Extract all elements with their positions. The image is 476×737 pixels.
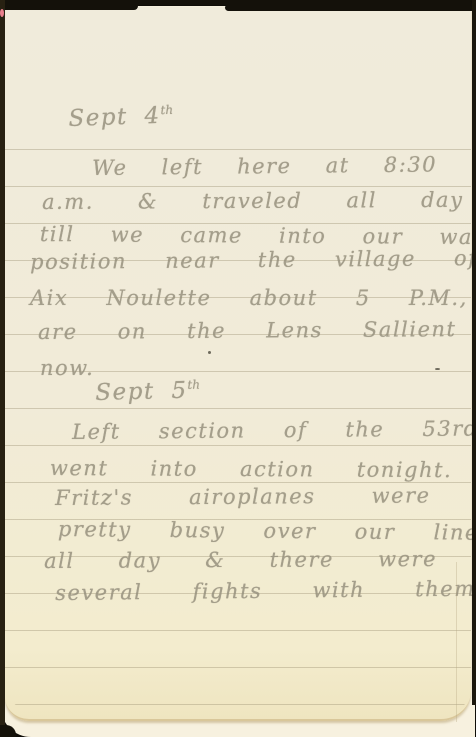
book-left-edge (0, 0, 5, 726)
entry-date-text: Sept 5 (95, 378, 188, 406)
book-top-edge (225, 5, 476, 11)
paper-crease (456, 562, 457, 722)
diary-line-8: Left section of the 53rd. (72, 416, 476, 444)
ordinal-suffix: th (187, 378, 200, 392)
diary-line-13: several fights with them (55, 577, 476, 605)
diary-line-10: Fritz's airoplanes were (55, 483, 431, 510)
book-right-edge (472, 0, 476, 705)
diary-line-6: are on the Lens Sallient (38, 317, 457, 344)
diary-line-2: a.m. & traveled all day (42, 188, 463, 214)
book-top-edge (0, 5, 138, 10)
entry-date-sept-4: Sept 4th (68, 102, 174, 132)
entry-date-text: Sept 4 (68, 103, 161, 132)
pink-mark (0, 9, 4, 17)
diary-line-12: all day & there were (44, 547, 437, 573)
diary-line-5: Aix Noulette about 5 P.M., we (30, 286, 476, 310)
diary-line-7: now. (40, 356, 94, 380)
diary-line-1: We left here at 8:30 (92, 152, 437, 180)
diary-line-4: position near the village of (30, 246, 476, 274)
entry-date-sept-5: Sept 5th (95, 377, 200, 406)
diary-page-scan: { "diary": { "entries": [ { "heading": {… (0, 0, 476, 737)
diary-line-3: till we came into our wagon (40, 222, 476, 249)
pencil-speck (435, 368, 440, 370)
pencil-speck (208, 351, 211, 354)
notebook-page: Sept 4th We left here at 8:30 a.m. & tra… (5, 7, 471, 721)
ordinal-suffix: th (160, 103, 173, 117)
diary-line-11: pretty busy over our lines (58, 517, 476, 545)
diary-line-9: went into action tonight. (50, 456, 452, 482)
